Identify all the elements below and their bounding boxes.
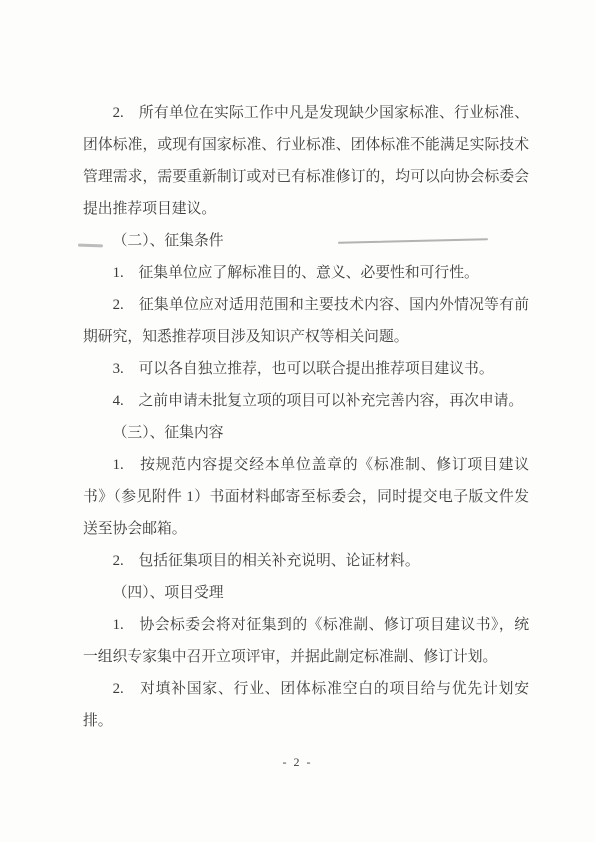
acceptance-item-1: 1. 协会标委会将对征集到的《标准剬、修订项目建议书》，统一组织专家集中召开立项…: [83, 609, 529, 673]
document-page: 2. 所有单位在实际工作中凡是发现缺少国家标准、行业标准、团体标准，或现有国家标…: [0, 0, 595, 842]
acceptance-item-2: 2. 对填补国家、行业、团体标准空白的项目给与优先计划安排。: [83, 673, 529, 737]
para-standards-gap-recommendation: 2. 所有单位在实际工作中凡是发现缺少国家标准、行业标准、团体标准，或现有国家标…: [83, 97, 529, 225]
section-heading-4-project-acceptance: （四）、项目受理: [83, 577, 529, 609]
content-item-2: 2. 包括征集项目的相关补充说明、论证材料。: [83, 545, 529, 577]
condition-item-3: 3. 可以各自独立推荐，也可以联合提出推荐项目建议书。: [83, 353, 529, 385]
page-number: - 2 -: [0, 755, 595, 770]
content-item-1: 1. 按规范内容提交经本单位盖章的《标准制、修订项目建议书》（参见附件 1）书面…: [83, 449, 529, 545]
document-body: 2. 所有单位在实际工作中凡是发现缺少国家标准、行业标准、团体标准，或现有国家标…: [83, 97, 529, 737]
condition-item-4: 4. 之前申请未批复立项的项目可以补充完善内容，再次申请。: [83, 385, 529, 417]
condition-item-1: 1. 征集单位应了解标准目的、意义、必要性和可行性。: [83, 257, 529, 289]
section-heading-2-collection-conditions: （二）、征集条件: [83, 225, 529, 257]
condition-item-2: 2. 征集单位应对适用范围和主要技术内容、国内外情况等有前期研究，知悉推荐项目涉…: [83, 289, 529, 353]
section-heading-3-collection-content: （三）、征集内容: [83, 417, 529, 449]
